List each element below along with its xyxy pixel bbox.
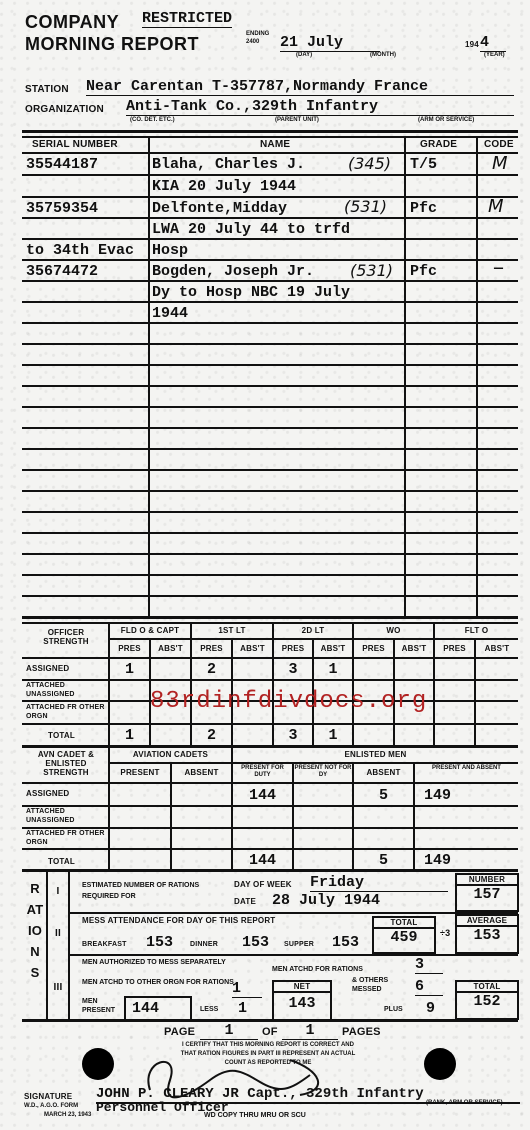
enlisted-men-group: ENLISTED MEN bbox=[233, 750, 518, 759]
day-caption: (DAY) bbox=[296, 52, 312, 58]
number-value: 157 bbox=[457, 886, 517, 903]
row3-grade: Pfc bbox=[410, 200, 437, 217]
day-of-week-label: DAY OF WEEK bbox=[234, 880, 292, 889]
form-id: W.D., A.G.O. FORM bbox=[24, 1103, 78, 1109]
enlisted-strength-title: AVN CADET & ENLISTED STRENGTH bbox=[26, 750, 106, 777]
row1-mos: (345) bbox=[348, 154, 391, 173]
classification-stamp: RESTRICTED bbox=[142, 10, 232, 28]
breakfast-label: BREAKFAST bbox=[82, 941, 127, 948]
pages-label: PAGES bbox=[342, 1026, 381, 1038]
report-date: 21 July bbox=[280, 34, 380, 52]
row6-serial: 35674472 bbox=[26, 263, 98, 280]
cadets-absent: ABSENT bbox=[172, 768, 231, 777]
aviation-cadets-group: AVIATION CADETS bbox=[110, 750, 231, 759]
row3-code: M bbox=[488, 196, 504, 217]
dinner-label: DINNER bbox=[190, 941, 218, 948]
rations-required-label: ESTIMATED NUMBER OF RATIONS REQUIRED FOR bbox=[82, 880, 212, 902]
men-atchd-for-rations-value: 3 bbox=[415, 956, 443, 974]
net-value: 143 bbox=[274, 993, 330, 1012]
month-caption: (MONTH) bbox=[370, 52, 396, 58]
roster-top-rule bbox=[22, 130, 518, 133]
mess-total-box: TOTAL 459 bbox=[372, 916, 436, 954]
rations-section-3-numeral: III bbox=[48, 982, 68, 993]
day-of-week-value: Friday bbox=[310, 874, 448, 892]
rations-section-2-numeral: II bbox=[48, 928, 68, 939]
rations-total-label: TOTAL bbox=[457, 982, 517, 993]
em-total-absent: 5 bbox=[354, 852, 413, 869]
row3-name: Delfonte,Midday bbox=[152, 200, 287, 217]
row7-name: Dy to Hosp NBC 19 July bbox=[152, 284, 350, 301]
net-box: NET 143 bbox=[272, 980, 332, 1022]
officer-total-1lt-pres: 2 bbox=[192, 727, 231, 744]
date-label: DATE bbox=[234, 897, 256, 906]
officer-assigned-2lt-abst: 1 bbox=[314, 661, 352, 678]
rations-total-box: TOTAL 152 bbox=[455, 980, 519, 1020]
officer-assigned-2lt-pres: 3 bbox=[274, 661, 312, 678]
org-caption-unit: (CO. DET. ETC.) bbox=[130, 117, 175, 123]
date-value: 28 July 1944 bbox=[272, 892, 380, 909]
officer-group-2lt: 2D LT bbox=[274, 626, 352, 635]
em-assigned-present-duty: 144 bbox=[233, 787, 292, 804]
sub-pres: PRES bbox=[110, 644, 149, 653]
em-assigned-present-absent: 149 bbox=[424, 787, 451, 804]
supper-value: 153 bbox=[332, 934, 359, 951]
less-label: LESS bbox=[200, 1006, 218, 1013]
officer-row-attached-other: ATTACHED FR OTHER ORGN bbox=[26, 703, 106, 721]
sub-abst: ABS'T bbox=[151, 644, 190, 653]
row6-code: — bbox=[494, 260, 503, 277]
sub-pres: PRES bbox=[274, 644, 312, 653]
row2-name: KIA 20 July 1944 bbox=[152, 178, 296, 195]
officer-assigned-1lt-pres: 2 bbox=[192, 661, 231, 678]
sub-abst: ABS'T bbox=[476, 644, 518, 653]
officer-row-attached-unassigned: ATTACHED UNASSIGNED bbox=[26, 681, 106, 699]
signature-label: SIGNATURE bbox=[24, 1092, 72, 1101]
binder-hole-left bbox=[82, 1048, 114, 1080]
station-value: Near Carentan T-357787,Normandy France bbox=[86, 78, 514, 96]
enlisted-row-assigned: ASSIGNED bbox=[26, 789, 69, 798]
number-label: NUMBER bbox=[457, 875, 517, 886]
row6-mos: (531) bbox=[350, 261, 393, 280]
em-absent: ABSENT bbox=[354, 768, 413, 777]
year-prefix: 194 bbox=[465, 40, 479, 49]
officer-assigned-capt-pres: 1 bbox=[110, 661, 149, 678]
enlisted-row-total: TOTAL bbox=[48, 857, 75, 866]
row8-name: 1944 bbox=[152, 305, 188, 322]
sub-abst: ABS'T bbox=[233, 644, 272, 653]
men-atchd-for-rations-label: MEN ATCHD FOR RATIONS bbox=[272, 966, 363, 973]
em-present-and-absent: PRESENT AND ABSENT bbox=[415, 765, 518, 772]
men-present-label: MEN PRESENT bbox=[82, 997, 122, 1015]
row1-name: Blaha, Charles J. bbox=[152, 156, 305, 173]
average-label: AVERAGE bbox=[457, 916, 517, 927]
breakfast-value: 153 bbox=[146, 934, 173, 951]
cadets-present: PRESENT bbox=[110, 768, 170, 777]
rations-section-1-numeral: I bbox=[48, 886, 68, 897]
row1-serial: 35544187 bbox=[26, 156, 98, 173]
col-serial: SERIAL NUMBER bbox=[32, 139, 118, 150]
org-caption-arm: (ARM OR SERVICE) bbox=[418, 117, 474, 123]
sub-pres: PRES bbox=[192, 644, 231, 653]
col-name: NAME bbox=[260, 139, 290, 150]
mess-total-label: TOTAL bbox=[374, 918, 434, 929]
others-messed-label: & OTHERS MESSED bbox=[352, 976, 408, 994]
certify-line-1: I CERTIFY THAT THIS MORNING REPORT IS CO… bbox=[148, 1042, 388, 1048]
plus-label: PLUS bbox=[384, 1006, 403, 1013]
year-caption: (YEAR) bbox=[484, 52, 505, 58]
men-present-box: 144 bbox=[124, 996, 192, 1022]
company-label: COMPANY bbox=[25, 12, 119, 32]
station-label: STATION bbox=[25, 84, 69, 95]
rations-side-label: RATIONS bbox=[26, 878, 44, 983]
sub-pres: PRES bbox=[435, 644, 474, 653]
watermark: 83rdinfdivdocs.org bbox=[150, 688, 427, 715]
binder-hole-right bbox=[424, 1048, 456, 1080]
net-label: NET bbox=[274, 982, 330, 993]
plus-value: 9 bbox=[426, 1000, 435, 1017]
number-box: NUMBER 157 bbox=[455, 873, 519, 912]
men-present-value: 144 bbox=[126, 998, 190, 1017]
rations-total-value: 152 bbox=[457, 993, 517, 1010]
pages-total: 1 bbox=[282, 1022, 338, 1040]
report-year: 4 bbox=[480, 34, 506, 52]
officer-group-flto: FLT O bbox=[435, 626, 518, 635]
em-total-present-absent: 149 bbox=[424, 852, 451, 869]
supper-label: SUPPER bbox=[284, 941, 314, 948]
page-label: PAGE bbox=[164, 1026, 195, 1038]
row5-name: Hosp bbox=[152, 242, 188, 259]
roster-top-rule-2 bbox=[22, 136, 518, 138]
row1-grade: T/5 bbox=[410, 156, 437, 173]
men-atchd-other-orgn-value: 1 bbox=[232, 980, 262, 998]
officer-group-wo: WO bbox=[354, 626, 433, 635]
officer-group-1lt: 1ST LT bbox=[192, 626, 272, 635]
officer-total-capt-pres: 1 bbox=[110, 727, 149, 744]
ending-label: ENDING 2400 bbox=[246, 30, 274, 46]
org-caption-parent: (PARENT UNIT) bbox=[275, 117, 319, 123]
officer-strength-title: OFFICER STRENGTH bbox=[30, 628, 102, 646]
em-present-for-duty: PRESENT FOR DUTY bbox=[233, 765, 292, 779]
of-label: OF bbox=[262, 1026, 278, 1038]
em-total-present-duty: 144 bbox=[233, 852, 292, 869]
dinner-value: 153 bbox=[242, 934, 269, 951]
row1-code: M bbox=[492, 153, 508, 174]
row3-mos: (531) bbox=[344, 197, 387, 216]
officer-total-2lt-pres: 3 bbox=[274, 727, 312, 744]
mess-separately-label: MEN AUTHORIZED TO MESS SEPARATELY bbox=[82, 958, 272, 967]
row6-grade: Pfc bbox=[410, 263, 437, 280]
sub-abst: ABS'T bbox=[395, 644, 433, 653]
form-date: MARCH 23, 1943 bbox=[44, 1112, 91, 1118]
officer-row-assigned: ASSIGNED bbox=[26, 664, 69, 673]
sub-pres: PRES bbox=[354, 644, 393, 653]
em-present-not-for-duty: PRESENT NOT FOR DY bbox=[294, 765, 352, 779]
morning-report-label: MORNING REPORT bbox=[25, 34, 199, 54]
average-box: AVERAGE 153 bbox=[455, 914, 519, 954]
organization-label: ORGANIZATION bbox=[25, 104, 104, 115]
em-assigned-absent: 5 bbox=[354, 787, 413, 804]
average-value: 153 bbox=[457, 927, 517, 944]
mess-attendance-label: MESS ATTENDANCE FOR DAY OF THIS REPORT bbox=[82, 916, 275, 925]
col-grade: GRADE bbox=[420, 139, 457, 150]
enlisted-row-attached-other: ATTACHED FR OTHER ORGN bbox=[26, 829, 106, 847]
row6-name: Bogden, Joseph Jr. bbox=[152, 263, 314, 280]
rank-caption: (RANK, ARM OR SERVICE) bbox=[426, 1100, 503, 1106]
row4-name: LWA 20 July 44 to trfd bbox=[152, 221, 350, 238]
less-value: 1 bbox=[238, 1000, 247, 1017]
row3-serial: 35759354 bbox=[26, 200, 98, 217]
copy-note: WD COPY THRU MRU OR SCU bbox=[204, 1112, 306, 1119]
col-code: CODE bbox=[484, 139, 514, 150]
organization-value: Anti-Tank Co.,329th Infantry bbox=[126, 98, 514, 116]
enlisted-row-attached-unassigned: ATTACHED UNASSIGNED bbox=[26, 807, 106, 825]
sub-abst: ABS'T bbox=[314, 644, 352, 653]
page-number: 1 bbox=[200, 1022, 258, 1040]
mess-total-value: 459 bbox=[374, 929, 434, 946]
others-messed-value: 6 bbox=[415, 978, 443, 996]
divide-by-three: ÷3 bbox=[440, 928, 450, 938]
officer-total-2lt-abst: 1 bbox=[314, 727, 352, 744]
officer-group-capt: FLD O & CAPT bbox=[110, 626, 190, 635]
officer-row-total: TOTAL bbox=[48, 731, 75, 740]
row5-serial: to 34th Evac bbox=[26, 242, 134, 259]
